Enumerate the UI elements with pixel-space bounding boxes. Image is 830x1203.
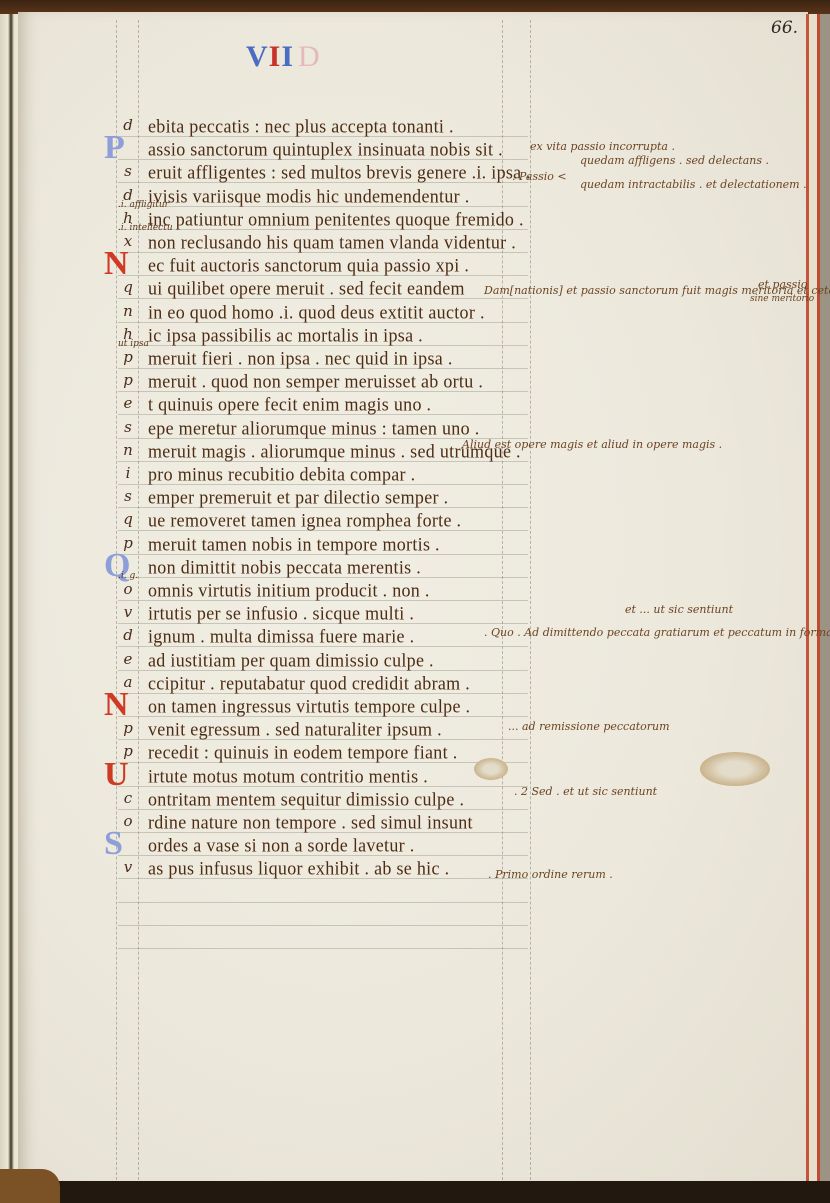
interlinear-gloss: .i. g. — [118, 571, 138, 581]
guide-letter: n — [118, 441, 138, 459]
ruling-line — [530, 20, 531, 1180]
decorated-initial: P — [104, 133, 125, 163]
marginal-gloss: . Passio < — [512, 170, 567, 183]
interlinear-gloss: .i. affligitur — [118, 200, 169, 210]
heading-letter: I — [269, 40, 282, 73]
line-text: non dimittit nobis peccata merentis . — [148, 556, 421, 578]
marginal-gloss: sine meritorio — [750, 294, 814, 304]
marginal-gloss: ... ad remissione peccatorum — [508, 720, 670, 733]
marginal-gloss: . 2 Sed . et ut sic sentiunt — [514, 785, 657, 798]
guide-letter: s — [118, 418, 138, 436]
ruling-line — [118, 925, 528, 926]
guide-letter: c — [118, 789, 138, 807]
line-text: ue removeret tamen ignea romphea forte . — [148, 510, 461, 532]
line-text: in eo quod homo .i. quod deus extitit au… — [148, 301, 485, 323]
line-text: on tamen ingressus virtutis tempore culp… — [148, 695, 470, 717]
line-text: ic ipsa passibilis ac mortalis in ipsa . — [148, 324, 423, 346]
marginal-gloss: . Quo . Ad dimittendo peccata gratiarum … — [484, 626, 830, 639]
line-text: epe meretur aliorumque minus : tamen uno… — [148, 417, 480, 439]
parchment-stain — [700, 752, 770, 786]
guide-letter: d — [118, 626, 138, 644]
decorated-initial: S — [104, 829, 123, 859]
line-text: emper premeruit et par dilectio semper . — [148, 487, 448, 509]
line-text: venit egressum . sed naturaliter ipsum . — [148, 719, 442, 741]
line-text: non reclusando his quam tamen vlanda vid… — [148, 231, 516, 253]
marginal-gloss: et passio — [758, 278, 807, 291]
line-text: ccipitur . reputabatur quod credidit abr… — [148, 672, 470, 694]
line-text: irtutis per se infusio . sicque multi . — [148, 603, 414, 625]
previous-leaf-edge — [0, 14, 20, 1194]
heading-ghost-letter: D — [298, 40, 321, 73]
marginal-gloss: et ... ut sic sentiunt — [625, 603, 733, 616]
decorated-initial: U — [104, 760, 129, 790]
line-text: rdine nature non tempore . sed simul ins… — [148, 811, 473, 833]
book-edge — [820, 14, 830, 1186]
line-text: assio sanctorum quintuplex insinuata nob… — [148, 139, 503, 161]
decorated-initial: N — [104, 249, 129, 279]
guide-letter: o — [118, 580, 138, 598]
line-text: ui quilibet opere meruit . sed fecit ean… — [148, 278, 465, 300]
line-text: omnis virtutis initium producit . non . — [148, 579, 430, 601]
interlinear-gloss: ut ipsa — [118, 339, 149, 349]
interlinear-gloss: .i. intellectu — [118, 223, 173, 233]
marginal-gloss: quedam affligens . sed delectans . — [580, 154, 769, 167]
guide-letter: q — [118, 278, 138, 296]
guide-letter: n — [118, 302, 138, 320]
line-text: ad iustitiam per quam dimissio culpe . — [148, 649, 434, 671]
marginal-gloss: quedam intractabilis . et delectationem … — [580, 178, 807, 191]
line-text: ignum . multa dimissa fuere marie . — [148, 626, 414, 648]
guide-letter: v — [118, 603, 138, 621]
marginal-gloss: ex vita passio incorrupta . — [530, 140, 675, 153]
ruling-line — [118, 948, 528, 949]
guide-letter: s — [118, 487, 138, 505]
parchment-stain — [474, 758, 508, 780]
guide-letter: v — [118, 858, 138, 876]
guide-letter: i — [118, 464, 138, 482]
heading-letter: V — [246, 40, 269, 73]
line-text: ebita peccatis : nec plus accepta tonant… — [148, 115, 454, 137]
folio-number: 66. — [771, 18, 798, 38]
guide-letter: s — [118, 162, 138, 180]
marginal-gloss: Aliud est opere magis et aliud in opere … — [462, 438, 722, 451]
line-text: pro minus recubitio debita compar . — [148, 463, 415, 485]
guide-letter: e — [118, 394, 138, 412]
binding-bottom-edge — [0, 1181, 830, 1203]
chapter-heading: VIID — [246, 40, 321, 74]
page-fore-edge — [809, 14, 817, 1186]
line-text: meruit . quod non semper meruisset ab or… — [148, 371, 483, 393]
line-text: ontritam mentem sequitur dimissio culpe … — [148, 788, 464, 810]
decorated-initial: N — [104, 690, 129, 720]
guide-letter: p — [118, 719, 138, 737]
guide-letter: p — [118, 371, 138, 389]
guide-letter: q — [118, 510, 138, 528]
line-text: ec fuit auctoris sanctorum quia passio x… — [148, 255, 469, 277]
heading-letter: I — [281, 40, 294, 73]
guide-letter: p — [118, 348, 138, 366]
line-text: recedit : quinuis in eodem tempore fiant… — [148, 742, 458, 764]
leather-corner — [0, 1169, 60, 1203]
line-text: as pus infusus liquor exhibit . ab se hi… — [148, 858, 449, 880]
line-text: t quinuis opere fecit enim magis uno . — [148, 394, 431, 416]
line-text: meruit fieri . non ipsa . nec quid in ip… — [148, 347, 453, 369]
line-text: irtute motus motum contritio mentis . — [148, 765, 428, 787]
marginal-gloss: . Primo ordine rerum . — [488, 868, 613, 881]
line-text: ivisis variisque modis hic undemendentur… — [148, 185, 470, 207]
line-text: ordes a vase si non a sorde lavetur . — [148, 835, 415, 857]
ruling-line — [116, 20, 117, 1180]
line-text: eruit affligentes : sed multos brevis ge… — [148, 162, 531, 184]
guide-letter: e — [118, 650, 138, 668]
ruling-line — [118, 902, 528, 903]
line-text: inc patiuntur omnium penitentes quoque f… — [148, 208, 524, 230]
line-text: meruit tamen nobis in tempore mortis . — [148, 533, 440, 555]
